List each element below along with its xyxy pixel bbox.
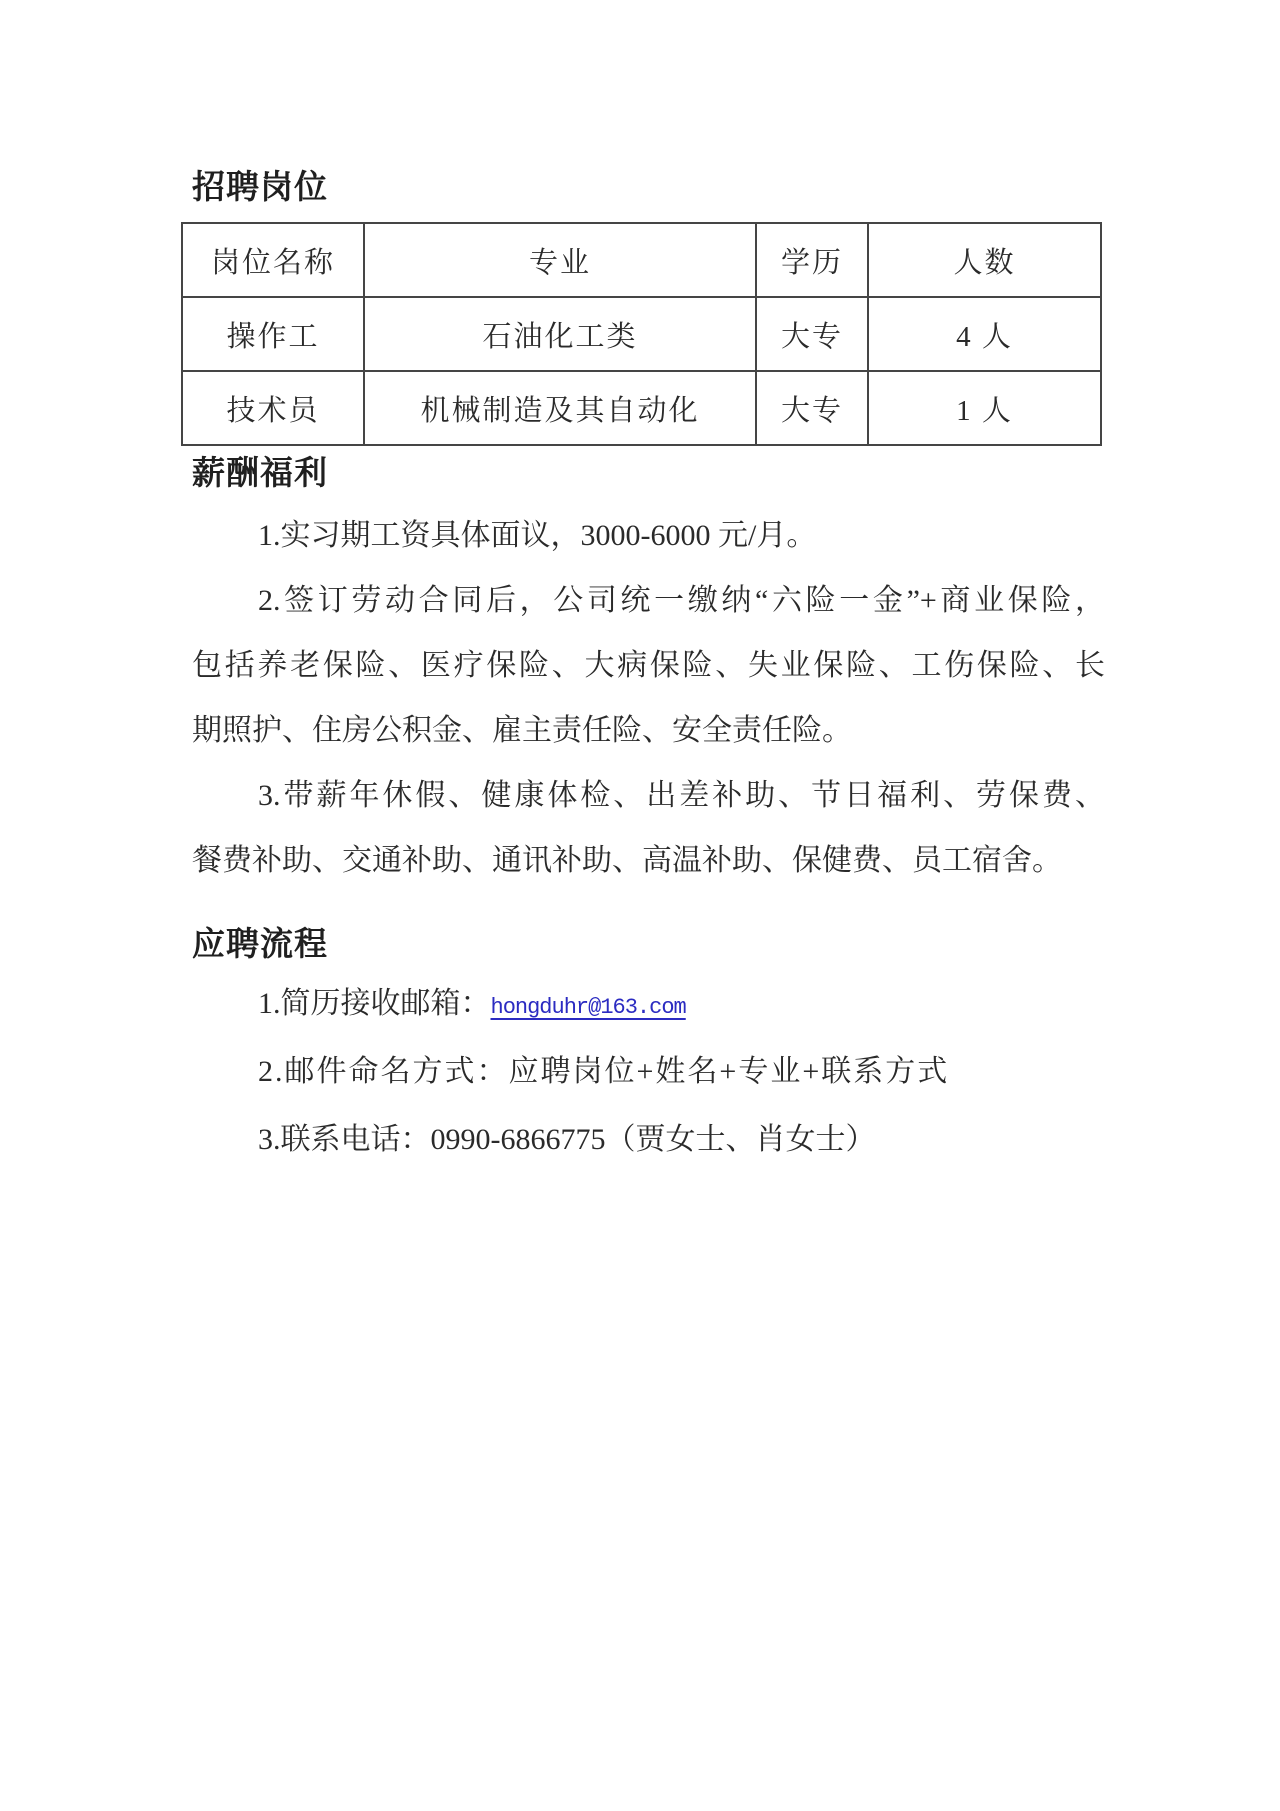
col-header-headcount: 人数 <box>868 223 1101 297</box>
col-header-major: 专业 <box>364 223 756 297</box>
section-title-salary-benefits: 薪酬福利 <box>192 457 1105 491</box>
table-row: 技术员 机械制造及其自动化 大专 1 人 <box>182 371 1101 445</box>
document-content: 招聘岗位 岗位名称 专业 学历 人数 操作工 石油化工类 <box>192 171 1105 1174</box>
email-link[interactable]: hongduhr@163.com <box>491 995 686 1020</box>
cell-position-name: 操作工 <box>182 297 364 371</box>
col-header-position-name: 岗位名称 <box>182 223 364 297</box>
apply-process-list: 1.简历接收邮箱：hongduhr@163.com 2.邮件命名方式：应聘岗位+… <box>192 970 1105 1174</box>
salary-line: 2.签订劳动合同后，公司统一缴纳“六险一金”+商业保险， <box>192 568 1105 633</box>
section-title-recruit-positions: 招聘岗位 <box>192 171 1105 205</box>
col-header-education: 学历 <box>756 223 868 297</box>
cell-major: 石油化工类 <box>364 297 756 371</box>
apply-item-naming: 2.邮件命名方式：应聘岗位+姓名+专业+联系方式 <box>192 1038 1105 1106</box>
apply-item-phone: 3.联系电话：0990-6866775（贾女士、肖女士） <box>192 1106 1105 1174</box>
positions-table: 岗位名称 专业 学历 人数 操作工 石油化工类 大专 4 人 技术员 机械制造及… <box>181 222 1102 446</box>
cell-major: 机械制造及其自动化 <box>364 371 756 445</box>
cell-headcount: 4 人 <box>868 297 1101 371</box>
salary-paragraph-3: 3.带薪年休假、健康体检、出差补助、节日福利、劳保费、 餐费补助、交通补助、通讯… <box>192 763 1105 893</box>
salary-line: 3.带薪年休假、健康体检、出差补助、节日福利、劳保费、 <box>192 763 1105 828</box>
cell-education: 大专 <box>756 371 868 445</box>
table-row: 操作工 石油化工类 大专 4 人 <box>182 297 1101 371</box>
document-page: 招聘岗位 岗位名称 专业 学历 人数 操作工 石油化工类 <box>0 0 1280 1811</box>
cell-headcount: 1 人 <box>868 371 1101 445</box>
salary-line: 期照护、住房公积金、雇主责任险、安全责任险。 <box>192 698 1105 763</box>
salary-paragraph-1: 1.实习期工资具体面议，3000-6000 元/月。 <box>192 503 1105 568</box>
cell-position-name: 技术员 <box>182 371 364 445</box>
salary-line: 餐费补助、交通补助、通讯补助、高温补助、保健费、员工宿舍。 <box>192 828 1105 893</box>
apply-item-email: 1.简历接收邮箱：hongduhr@163.com <box>192 970 1105 1038</box>
section-title-apply-process: 应聘流程 <box>192 928 1105 962</box>
salary-line: 包括养老保险、医疗保险、大病保险、失业保险、工伤保险、长 <box>192 633 1105 698</box>
salary-paragraph-2: 2.签订劳动合同后，公司统一缴纳“六险一金”+商业保险， 包括养老保险、医疗保险… <box>192 568 1105 763</box>
table-header-row: 岗位名称 专业 学历 人数 <box>182 223 1101 297</box>
email-label: 1.简历接收邮箱： <box>258 987 491 1020</box>
cell-education: 大专 <box>756 297 868 371</box>
salary-line: 1.实习期工资具体面议，3000-6000 元/月。 <box>192 503 1105 568</box>
